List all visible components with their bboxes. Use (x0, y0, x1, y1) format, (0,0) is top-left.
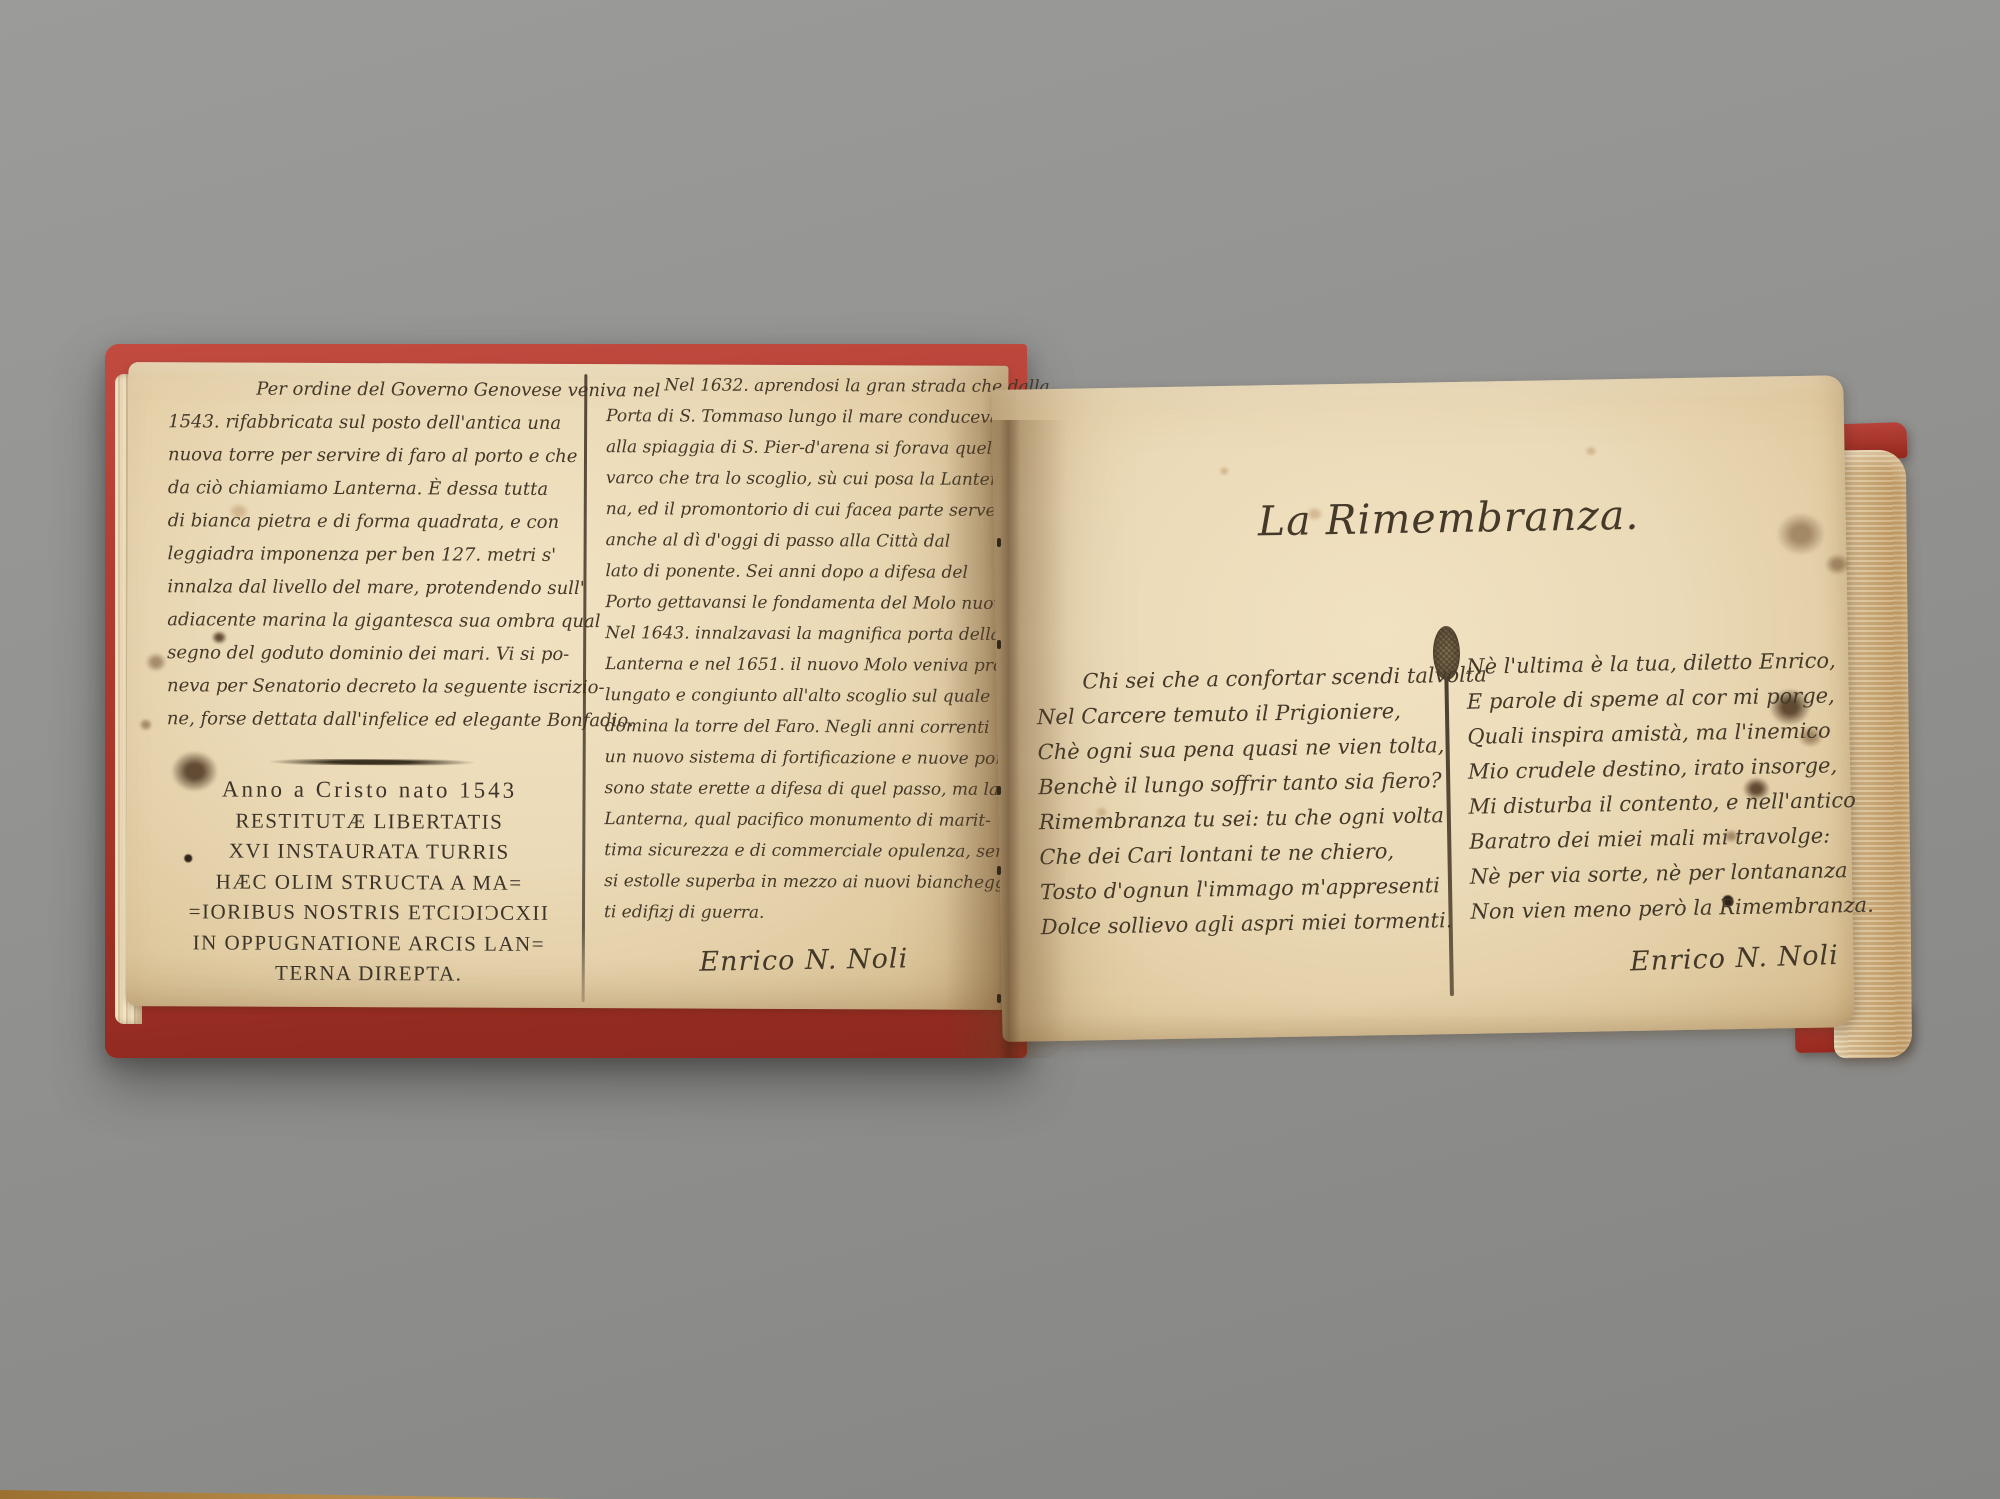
foxing-stain (1219, 466, 1230, 476)
manuscript-line: nuova torre per servire di faro al porto… (168, 438, 596, 473)
manuscript-line: lato di ponente. Sei anni dopo a difesa … (605, 556, 999, 589)
hatpin-stem (1444, 676, 1454, 996)
page-title: La Rimembranza. (1103, 488, 1794, 548)
inscription-line: RESTITUTÆ LIBERTATIS (154, 805, 584, 837)
inscription-line: XVI INSTAURATA TURRIS (154, 835, 584, 867)
manuscript-line: tima sicurezza e di commerciale opulenza… (604, 835, 998, 868)
poem-column-left: Chi sei che a confortar scendi talvolta … (1036, 658, 1441, 945)
manuscript-line: neva per Senatorio decreto la seguente i… (167, 669, 595, 704)
manuscript-line: ne, forse dettata dall'infelice ed elega… (167, 702, 595, 737)
manuscript-line: Per ordine del Governo Genovese veniva n… (168, 372, 596, 407)
manuscript-line: Lanterna e nel 1651. il nuovo Molo veniv… (605, 649, 999, 682)
manuscript-line: di bianca pietra e di forma quadrata, e … (168, 504, 596, 539)
inscription-line: HÆC OLIM STRUCTA A MA= (154, 866, 584, 898)
author-signature: Enrico N. Noli (1579, 938, 1890, 979)
foxing-stain (139, 718, 153, 731)
left-page: Per ordine del Governo Genovese veniva n… (126, 362, 1009, 1010)
manuscript-line: innalza dal livello del mare, protendend… (167, 570, 595, 605)
binding-stitch (997, 640, 1001, 649)
manuscript-line: lungato e congiunto all'alto scoglio sul… (605, 680, 999, 713)
binding-stitch (997, 994, 1001, 1003)
manuscript-line: segno del goduto dominio dei mari. Vi si… (167, 636, 595, 671)
inscription-line: =IORIBUS NOSTRIS ETCIƆIƆCXII (154, 896, 584, 928)
manuscript-line: Nel 1643. innalzavasi la magnifica porta… (605, 618, 999, 651)
manuscript-line: Porta di S. Tommaso lungo il mare conduc… (606, 401, 1000, 434)
manuscript-line: na, ed il promontorio di cui facea parte… (606, 494, 1000, 527)
left-page-column-1: Per ordine del Governo Genovese veniva n… (167, 372, 597, 737)
photo-scene: Per ordine del Governo Genovese veniva n… (0, 0, 2000, 1499)
left-page-column-2: Nel 1632. aprendosi la gran strada che d… (604, 370, 1000, 930)
binding-stitch (997, 786, 1001, 795)
right-page: La Rimembranza. Chi sei che a confortar … (991, 375, 1854, 1042)
manuscript-line: Nel 1632. aprendosi la gran strada che d… (606, 370, 1000, 403)
manuscript-line: anche al dì d'oggi di passo alla Città d… (606, 525, 1000, 558)
inscription-line: TERNA DIREPTA. (154, 957, 584, 989)
inscription-line: Anno a Cristo nato 1543 (154, 774, 584, 806)
latin-inscription: Anno a Cristo nato 1543 RESTITUTÆ LIBERT… (154, 774, 585, 989)
manuscript-line: 1543. rifabbricata sul posto dell'antica… (168, 405, 596, 440)
manuscript-line: un nuovo sistema di fortificazione e nuo… (605, 742, 999, 775)
foxing-stain (145, 652, 167, 672)
manuscript-line: Porto gettavansi le fondamenta del Molo … (605, 587, 999, 620)
manuscript-line: si estolle superba in mezzo ai nuovi bia… (604, 866, 998, 899)
manuscript-line: Lanterna, qual pacifico monumento di mar… (604, 804, 998, 837)
manuscript-line: domina la torre del Faro. Negli anni cor… (605, 711, 999, 744)
inscription-line: IN OPPUGNATIONE ARCIS LAN= (154, 927, 584, 959)
poem-column-right: Nè l'ultima è la tua, diletto Enrico, E … (1466, 643, 1871, 930)
manuscript-line: sono state erette a difesa di quel passo… (604, 773, 998, 806)
foxing-stain (1584, 445, 1597, 456)
poem-line: Non vien meno però la Rimembranza. (1470, 888, 1871, 930)
manuscript-line: varco che tra lo scoglio, sù cui posa la… (606, 463, 1000, 496)
table-surface-edge (0, 1484, 570, 1499)
manuscript-line: da ciò chiamiamo Lanterna. È dessa tutta (168, 471, 596, 506)
poem-line: Dolce sollievo agli aspri miei tormenti. (1040, 903, 1441, 945)
manuscript-line: alla spiaggia di S. Pier-d'arena si fora… (606, 432, 1000, 465)
manuscript-line: leggiadra imponenza per ben 127. metri s… (168, 537, 596, 572)
open-manuscript-book: Per ordine del Governo Genovese veniva n… (103, 338, 1915, 1066)
author-signature: Enrico N. Noli (634, 942, 974, 979)
manuscript-line: ti edifizj di guerra. (604, 897, 998, 930)
binding-stitch (997, 538, 1001, 547)
manuscript-line: adiacente marina la gigantesca sua ombra… (167, 603, 595, 638)
separator-flourish-rule (227, 759, 517, 766)
binding-stitch (997, 866, 1001, 875)
